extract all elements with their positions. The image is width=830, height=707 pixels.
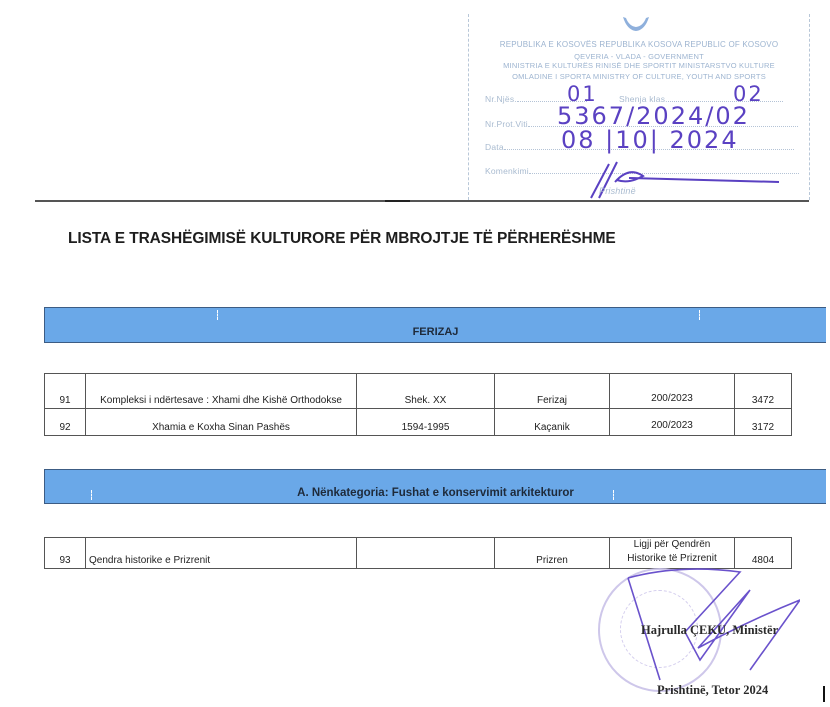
heritage-table-ferizaj: 91 Kompleksi i ndërtesave : Xhami dhe Ki… xyxy=(44,373,792,436)
cell-id: 3472 xyxy=(735,374,792,409)
cell-name: Qendra historike e Prizrenit xyxy=(86,538,357,569)
cell-location: Kaçanik xyxy=(495,409,610,436)
cell-location: Prizren xyxy=(495,538,610,569)
cell-id: 3172 xyxy=(735,409,792,436)
stamp-field-label: Komenkimi xyxy=(485,166,529,176)
cell-location: Ferizaj xyxy=(495,374,610,409)
band-marker xyxy=(699,310,701,320)
stamp-value-data: 08 |10| 2024 xyxy=(561,126,739,154)
cell-name: Kompleksi i ndërtesave : Xhami dhe Kishë… xyxy=(86,374,357,409)
section-heading-label: A. Nënkategoria: Fushat e konservimit ar… xyxy=(45,487,826,499)
cell-period xyxy=(357,538,495,569)
cell-name: Xhamia e Koxha Sinan Pashës xyxy=(86,409,357,436)
stamp-header-line: QEVERIA - VLADA - GOVERNMENT xyxy=(469,52,809,61)
stamp-header-line: MINISTRIA E KULTURËS RINISË DHE SPORTIT … xyxy=(469,61,809,70)
cell-decision-line: Ligji për Qendrën xyxy=(613,538,731,552)
stamp-header-line: REPUBLIKA E KOSOVËS REPUBLIKA KOSOVA REP… xyxy=(469,40,809,49)
initials-signature xyxy=(569,154,799,204)
cell-period: Shek. XX xyxy=(357,374,495,409)
cell-nr: 93 xyxy=(45,538,86,569)
table-row: 91 Kompleksi i ndërtesave : Xhami dhe Ki… xyxy=(45,374,792,409)
stamp-field-label: Nr.Njës. xyxy=(485,94,517,104)
registration-stamp: REPUBLIKA E KOSOVËS REPUBLIKA KOSOVA REP… xyxy=(468,14,810,200)
cell-decision: 200/2023 xyxy=(610,409,735,436)
cell-nr: 92 xyxy=(45,409,86,436)
header-divider-mark xyxy=(385,200,410,203)
place-date: Prishtinë, Tetor 2024 xyxy=(657,683,768,698)
header-divider xyxy=(35,200,809,202)
stamp-header-line: OMLADINE I SPORTA MINISTRY OF CULTURE, Y… xyxy=(469,72,809,81)
text-cursor xyxy=(823,686,825,702)
band-marker xyxy=(217,310,219,320)
kosovo-emblem-icon xyxy=(619,14,653,34)
cell-decision: 200/2023 xyxy=(610,374,735,409)
table-row: 92 Xhamia e Koxha Sinan Pashës 1594-1995… xyxy=(45,409,792,436)
section-heading-ferizaj: FERIZAJ xyxy=(44,307,826,343)
section-heading-label: FERIZAJ xyxy=(45,326,826,338)
section-heading-subcategory: A. Nënkategoria: Fushat e konservimit ar… xyxy=(44,469,826,504)
cell-period: 1594-1995 xyxy=(357,409,495,436)
signer-name: Hajrulla ÇEKU, Ministër xyxy=(641,623,778,638)
stamp-field-label: Data xyxy=(485,142,504,152)
cell-nr: 91 xyxy=(45,374,86,409)
document-title: LISTA E TRASHËGIMISË KULTURORE PËR MBROJ… xyxy=(68,230,616,248)
stamp-field-label: Nr.Prot.Viti xyxy=(485,119,528,129)
stamp-city: Prishtinë xyxy=(599,186,636,196)
